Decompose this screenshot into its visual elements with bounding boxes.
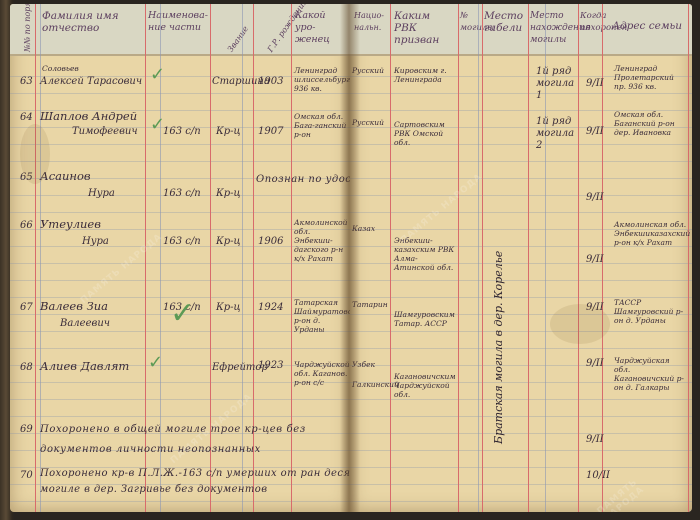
- row-65-unit: 163 с/п: [163, 188, 201, 200]
- row-67-rank: Кр-ц: [216, 302, 241, 314]
- right-page: Нацио-нальн. Каким РВК призван № могилы …: [350, 4, 692, 512]
- row-67-name: Валеевич: [60, 318, 110, 330]
- header-rvk: Каким РВК призван: [394, 10, 456, 46]
- row-68-rvk: Кагановичским Чарджуйской обл.: [394, 372, 458, 399]
- row-68-nationality: Узбек: [352, 360, 390, 369]
- left-page: №№ по порядку Фамилия имя отчество Наиме…: [10, 4, 350, 512]
- row-63-origin: Ленинград шлиссельбургский 936 кв.: [294, 66, 348, 93]
- header-origin: Какой уро-женец: [295, 10, 345, 46]
- header-nationality: Нацио-нальн.: [354, 10, 388, 34]
- row-70-number: 70: [20, 470, 33, 482]
- row-67-origin: Татарская Шаймуратовский р-он д. Урданы: [294, 298, 348, 334]
- row-66-nationality: Казах: [352, 224, 390, 233]
- row-67-number: 67: [20, 302, 33, 314]
- row-68-number: 68: [20, 362, 33, 374]
- row-70-note: Похоронено кр-в П.Л.Ж.-163 с/п умерших о…: [40, 466, 350, 498]
- row-68-address: Чарджуйская обл. Кагановичский р-он д. Г…: [614, 356, 688, 392]
- right-header: Нацио-нальн. Каким РВК призван № могилы …: [350, 4, 692, 56]
- row-65-rank: Кр-ц: [216, 188, 241, 200]
- row-69-number: 69: [20, 424, 33, 436]
- row-65-name: Нура: [88, 188, 115, 200]
- row-67-nationality: Татарин: [352, 300, 390, 309]
- row-63-address: Ленинград Пролетарский пр. 936 кв.: [614, 64, 688, 91]
- row-64-rvk: Сартовским РВК Омской обл.: [394, 120, 458, 147]
- header-place: Место гибели: [484, 10, 528, 34]
- row-66-name: Нура: [82, 236, 109, 248]
- row-66-birth: 1906: [258, 236, 283, 248]
- row-63-date: 9/II: [586, 78, 604, 90]
- row-63-number: 63: [20, 76, 33, 88]
- row-66-address: Акмолинская обл. Энбекшиказахский р-он к…: [614, 220, 688, 247]
- row-66-unit: 163 с/п: [163, 236, 201, 248]
- header-rank: Звание: [225, 24, 252, 55]
- row-64-rank: Кр-ц: [216, 126, 241, 138]
- row-64-name: Тимофеевич: [72, 126, 138, 138]
- header-grave-place: Место нахождения могилы: [530, 10, 578, 46]
- row-63-rvk: Кировским г. Ленинграда: [394, 66, 458, 84]
- row-66-surname: Утеулиев: [40, 218, 101, 230]
- row-65-surname: Асаинов: [40, 170, 91, 182]
- row-64-birth: 1907: [258, 126, 283, 138]
- row-64-unit: 163 с/п: [163, 126, 201, 138]
- row-63-name: Алексей Тарасович: [40, 76, 142, 88]
- row-65-date: 9/II: [586, 192, 604, 204]
- row-67-surname: Валеев Зиа: [40, 300, 108, 312]
- left-header: №№ по порядку Фамилия имя отчество Наиме…: [10, 4, 350, 56]
- row-63-nationality: Русский: [352, 66, 390, 75]
- row-66-number: 66: [20, 220, 33, 232]
- row-64-surname: Шаплов Андрей: [40, 110, 137, 122]
- check-mark-icon: ✓: [148, 352, 163, 373]
- row-64-number: 64: [20, 112, 33, 124]
- row-68-surname: Алиев Давлят: [40, 360, 129, 372]
- row-63-birth: 1903: [258, 76, 283, 88]
- header-date: Когда похоронен: [580, 10, 608, 34]
- row-66-rank: Кр-ц: [216, 236, 241, 248]
- row-66-date: 9/II: [586, 254, 604, 266]
- header-unit: Наименова-ние части: [148, 10, 216, 34]
- row-67-rvk: Шамгуровским Татар. АССР: [394, 310, 458, 328]
- row-65-note: Опознан по удостоверению о награждении м…: [256, 174, 350, 186]
- row-68-birth: 1923: [258, 360, 283, 372]
- row-68-extra: Галкинский: [352, 380, 390, 389]
- row-64-grave-place: 1й ряд могила 2: [536, 116, 578, 152]
- row-67-birth: 1924: [258, 302, 283, 314]
- row-70-date: 10/II: [586, 470, 610, 482]
- row-63-surname: Соловьев: [42, 64, 79, 73]
- row-63-grave-place: 1й ряд могила 1: [536, 66, 578, 102]
- ledger-book: №№ по порядку Фамилия имя отчество Наиме…: [0, 0, 700, 520]
- row-64-origin: Омская обл. Бага-ганский р-он: [294, 112, 348, 139]
- row-66-origin: Акмолинской обл. Энбекши-дагского р-н к/…: [294, 218, 348, 263]
- row-68-origin: Чарджуйской обл. Каганов. р-он с/с: [294, 360, 348, 387]
- row-64-address: Омская обл. Баганский р-он дер. Ивановка: [614, 110, 688, 137]
- row-67-address: ТАССР Шамгуровский р-он д. Урданы: [614, 298, 688, 325]
- header-number: №№ по порядку: [22, 4, 34, 52]
- header-address: Адрес семьи: [612, 20, 690, 32]
- check-mark-icon: ✓: [170, 296, 195, 331]
- row-69-date: 9/II: [586, 434, 604, 446]
- header-grave-number: № могилы: [460, 10, 480, 34]
- row-68-date: 9/II: [586, 358, 604, 370]
- row-64-date: 9/II: [586, 126, 604, 138]
- check-mark-icon: ✓: [150, 64, 165, 85]
- row-64-nationality: Русский: [352, 118, 390, 127]
- header-name: Фамилия имя отчество: [42, 10, 142, 34]
- vertical-grave-note: Братская могила в дер. Корелье: [492, 251, 505, 444]
